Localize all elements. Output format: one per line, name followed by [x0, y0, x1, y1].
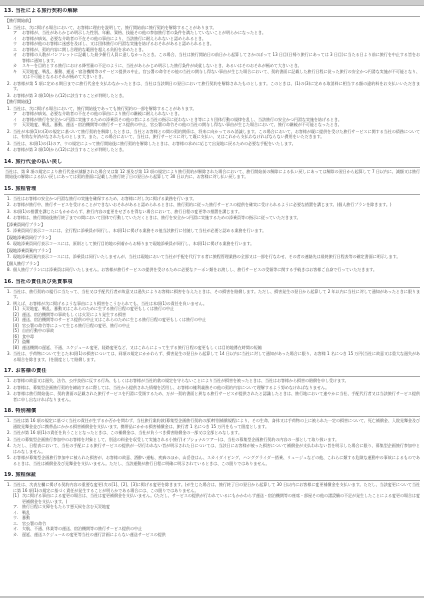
sub-item-label: ウ	[13, 122, 22, 128]
list-item-body: お客様は、旅行開始後旅行終了までの間において団体で行動していただくときは、旅行を…	[13, 215, 420, 221]
list-item-body: お客様は旅行開始後に、契約書面の記載された旅行サービスを円滑に受領するため、万が…	[13, 391, 420, 402]
list-item-body: お客様が第 3 項(10)から(12)に該当することが判明したとき。	[13, 147, 420, 153]
terms-section: 18.特別補償1.当社は第 16 項の規定に基づく当社の責任が生ずるか否かを問わ…	[4, 408, 420, 466]
list-item-text: 当社は、次表左欄に掲げる契約内容の重要な変更(次の[1]、[2]、[3]に掲げる…	[13, 482, 420, 493]
list-item-body: 当社は、旅行契約の履行に当たって、当社又は手配代行者が故意又は過失によりお客様に…	[13, 289, 420, 300]
list-item: 3.当社の募集型企画旅行参加中のお客様を対象として、別途の料金を収受して実施され…	[4, 437, 420, 443]
list-item-number: 3.	[4, 391, 13, 402]
list-item-body: お客様が第 5 項に定める期日までに旅行代金を支払わなかったときは、当社は当該期…	[13, 81, 420, 92]
list-item-body: 当社は、手荷物について生じた本項(1)の損害については、同項の規定にかかわらず、…	[13, 351, 420, 362]
list-item-number: 3.	[4, 351, 13, 362]
list-item-number: 1.	[4, 106, 13, 128]
list-item-text: 当社は第 16 項の規定に基づく当社の責任が生ずるか否かを問わず、当社旅行業約款…	[13, 418, 420, 429]
list-item-text: 当社は、手荷物について生じた本項(1)の損害については、同項の規定にかかわらず、…	[13, 351, 420, 362]
sub-list-item: キ天災地変、戦乱、暴動、運送・宿泊機関等のサービス提供の中止、官公署の命令その他…	[13, 69, 420, 80]
list-item: 8.個人旅行プランには添乗員は同行いたしません。お客様が旅行サービスの提供を受け…	[4, 267, 420, 273]
list-item-number: 1.	[4, 418, 13, 429]
list-item: 3.当社は、本項(1)の(1)のア、ウの規定によって旅行開始後に旅行契約を解除し…	[4, 141, 420, 147]
sub-item-text: 天災地変、戦乱、暴動、運送・宿泊機関等のサービス提供の中止、官公署の命令その他の…	[22, 69, 420, 80]
section-number: 14.	[4, 159, 13, 165]
list-item-text: 当社は、本項(1)の(1)のア、ウの規定によって旅行開始後に旅行契約を解除したと…	[13, 141, 420, 147]
list-item: 3.お客様が第 3 項(10)から(12)に該当することが判明したとき。	[4, 93, 420, 99]
list-item: 2.お客様は、募集型企画旅行契約を締結するに際しては、当社から提供された情報を活…	[4, 385, 420, 391]
list-item-body: お客様が第 3 項(10)から(12)に該当することが判明したとき。	[13, 93, 420, 99]
list-item: 1.当社は、旅行契約の履行に当たって、当社又は手配代行者が故意又は過失によりお客…	[4, 289, 420, 300]
sub-list-item: ウ天災地変、戦乱、暴動、運送・宿泊機関等の旅行サービス提供の中止、官公署の命令そ…	[13, 122, 420, 128]
sub-list-item: [8]運送機関の遅延、不通、スケジュール変更、経路変更など、又はこれらによって生…	[13, 345, 420, 351]
list-item-text: ただし、日程表において、当社の手配による旅行サービスの提供が一切行われない旨が明…	[13, 443, 420, 454]
list-item-number: 2.	[4, 301, 13, 351]
list-item-number: 4.	[4, 443, 13, 454]
list-item-number: 1.	[4, 482, 13, 537]
list-item-text: お客様は、募集型企画旅行契約を締結するに際しては、当社から提供された情報を活用し…	[13, 385, 420, 391]
list-item-body: 当社は、次表左欄に掲げる契約内容の重要な変更(次の[1]、[2]、[3]に掲げる…	[13, 482, 420, 537]
list-item-text: 現地添乗員同行表示コースには、原則として旅行目的地の到着からお帰りまで現地添乗員…	[13, 241, 420, 247]
bracket-subheading: 【旅行開始後】	[5, 99, 420, 105]
section-title: 当社による旅行契約の解除	[15, 8, 77, 14]
bracket-subheading: 【旅行開始前】	[5, 18, 420, 24]
terms-section: 17.お客様の責任1.お客様の故意又は過失、法令、公序良俗に反する行為、もしくは…	[4, 368, 420, 402]
list-item-text: お客様が募集型企画旅行参加中に被られた損害が、お客様の故意、酒酔い運転、疾病のほ…	[13, 455, 420, 466]
section-heading: 17.お客様の責任	[4, 368, 420, 377]
list-item-number: 1.	[4, 378, 13, 384]
list-item: 2.例えば、お客様が次に掲げるような事由により損害をこうむられても、当社は本項(…	[4, 301, 420, 351]
list-item-body: 当社は、次に掲げる場合において、お客様に理由を説明して、旅行開始前に旅行契約を解…	[13, 25, 420, 80]
list-item: 1.当社はお客様の安全かつ円滑な旅行の実施を確保するため、お客様に対し次に掲げる…	[4, 196, 420, 202]
section-title: 旅行代金の払い戻し	[15, 159, 62, 165]
list-item-number: 3.	[4, 209, 13, 215]
list-item-text: 当社が本項(1)の(3)の規定に基づいて旅行契約を解除したときは、当社とお客様と…	[13, 129, 420, 140]
list-item-number: 2.	[4, 430, 13, 436]
terms-section: 19.旅程保証1.当社は、次表左欄に掲げる契約内容の重要な変更(次の[1]、[2…	[4, 472, 420, 537]
list-item: 4.ただし、日程表において、当社の手配による旅行サービスの提供が一切行われない旨…	[4, 443, 420, 454]
terms-section: 16.当社の責任及び免責事項1.当社は、旅行契約の履行に当たって、当社又は手配代…	[4, 279, 420, 363]
section-title: 旅程保証	[15, 472, 36, 478]
list-item: 2.お客様が旅行中、旅行サービスを受けることができないおそれがあると認められると…	[4, 202, 420, 208]
list-item-text: お客様は旅行開始後に、契約書面の記載された旅行サービスを円滑に受領するため、万が…	[13, 391, 420, 402]
section-heading: 16.当社の責任及び免責事項	[4, 279, 420, 288]
list-item: 1.お客様の故意又は過失、法令、公序良俗に反する行為、もしくはお客様が当社約款の…	[4, 378, 420, 384]
list-item: 4.お客様は、旅行開始後旅行終了までの間において団体で行動していただくときは、旅…	[4, 215, 420, 221]
section-heading: 18.特別補償	[4, 408, 420, 417]
bracket-subheading: 【現地添乗員案内プラン】	[5, 248, 420, 254]
list-item-number: 1.	[4, 25, 13, 80]
list-item-number: 3.	[4, 141, 13, 147]
list-item: 1.当社は、次に掲げる場合において、お客様に理由を説明して、旅行開始前に旅行契約…	[4, 25, 420, 80]
list-item: 2.お客様が第 5 項に定める期日までに旅行代金を支払わなかったときは、当社は当…	[4, 81, 420, 92]
section-heading: 19.旅程保証	[4, 472, 420, 481]
list-item-body: 個人旅行プランには添乗員は同行いたしません。お客様が旅行サービスの提供を受けるた…	[13, 267, 420, 273]
list-item-text: お客様が第 5 項に定める期日までに旅行代金を支払わなかったときは、当社は当該期…	[13, 81, 420, 92]
list-item-number: 3.	[4, 93, 13, 99]
list-item-body: 当社が本項(1)の(3)の規定に基づいて旅行契約を解除したときは、当社とお客様と…	[13, 129, 420, 140]
list-item-number: 4.	[4, 215, 13, 221]
list-item-number: 5.	[4, 228, 13, 234]
list-item-body: 現地添乗員同行表示コースには、原則として旅行目的地の到着からお帰りまで現地添乗員…	[13, 241, 420, 247]
bracket-subheading: 【現地添乗員同行プラン】	[5, 235, 420, 241]
list-item-number: 6.	[4, 241, 13, 247]
sub-list-item: [1]次に掲げる事由による変更の場合は、当社は変更補償金を支払いません。(ただし…	[13, 493, 420, 504]
list-item: 3.お客様は旅行開始後に、契約書面の記載された旅行サービスを円滑に受領するため、…	[4, 391, 420, 402]
sub-item-label: オ	[13, 52, 22, 63]
section-number: 16.	[4, 279, 13, 285]
paragraph: 当社は、第 8 項の規定により旅行代金が減額された場合又は第 12 項及び第 1…	[5, 169, 420, 180]
section-heading: 13.当社による旅行契約の解除	[4, 8, 420, 17]
section-number: 19.	[4, 472, 13, 478]
list-item-body: 当社の募集型企画旅行参加中のお客様を対象として、別途の料金を収受して実施される小…	[13, 437, 420, 443]
list-item: 6.現地添乗員同行表示コースには、原則として旅行目的地の到着からお帰りまで現地添…	[4, 241, 420, 247]
section-number: 17.	[4, 368, 13, 374]
list-item-text: 個人旅行プランには添乗員は同行いたしません。お客様が旅行サービスの提供を受けるた…	[13, 267, 420, 273]
bracket-subheading: 【個人旅行プラン】	[5, 261, 420, 267]
list-item: 4.お客様が第 3 項(10)から(12)に該当することが判明したとき。	[4, 147, 420, 153]
list-item-number: 4.	[4, 147, 13, 153]
list-item-number: 2.	[4, 81, 13, 92]
list-item-text: 本項(1)の措置を講じたにもかかわらず、旅行内容の変更をせざるを得ない場合におい…	[13, 209, 420, 215]
section-number: 18.	[4, 408, 13, 414]
sub-list-item: カ.遅延、運送スケジュールの変更等当社の運行計画によらない運送サービスの提供	[13, 532, 420, 538]
list-item-number: 3.	[4, 437, 13, 443]
list-item-text: 当社はお客様の安全かつ円滑な旅行の実施を確保するため、お客様に対し次に掲げる業務…	[13, 196, 420, 202]
list-item-body: 現地添乗員案内表示コースには、添乗員は同行いたしませんが、当社は現地において当社…	[13, 254, 420, 260]
list-item-number: 2.	[4, 129, 13, 140]
list-item-text: 添乗員同行表示コースには、全行程に添乗員が同行し、本項(1)に掲げる業務その他当…	[13, 228, 420, 234]
terms-section: 15.旅程管理1.当社はお客様の安全かつ円滑な旅行の実施を確保するため、お客様に…	[4, 186, 420, 273]
sub-item-label: キ	[13, 69, 22, 80]
section-number: 13.	[4, 8, 13, 14]
sub-item-text: 運送機関の遅延、不通、スケジュール変更、経路変更など、又はこれらによって生ずる旅…	[22, 345, 420, 351]
list-item-text: お客様が第 3 項(10)から(12)に該当することが判明したとき。	[13, 93, 420, 99]
list-item-text: お客様の故意又は過失、法令、公序良俗に反する行為、もしくはお客様が当社約款の規定…	[13, 378, 420, 384]
list-item-number: 2.	[4, 202, 13, 208]
list-item: 2.当社が第 16 項(1)の責任を負うこととなったときは、この補償金は、当社が…	[4, 430, 420, 436]
sub-item-label: カ.	[13, 532, 22, 538]
section-title: 特別補償	[15, 408, 36, 414]
page-top-edge	[0, 0, 424, 6]
list-item: 5.お客様が募集型企画旅行参加中に被られた損害が、お客様の故意、酒酔い運転、疾病…	[4, 455, 420, 466]
section-title: お客様の責任	[15, 368, 46, 374]
list-item-text: 当社の募集型企画旅行参加中のお客様を対象として、別途の料金を収受して実施される小…	[13, 437, 420, 443]
list-item-body: 例えば、お客様が次に掲げるような事由により損害をこうむられても、当社は本項(1)…	[13, 301, 420, 351]
list-item-body: 当社が第 16 項(1)の責任を負うこととなったときは、この補償金は、当社が負う…	[13, 430, 420, 436]
list-item-text: 当社が第 16 項(1)の責任を負うこととなったときは、この補償金は、当社が負う…	[13, 430, 420, 436]
sub-item-label: [1]	[13, 493, 22, 504]
list-item-number: 8.	[4, 267, 13, 273]
list-item-number: 5.	[4, 455, 13, 466]
list-item-text: 当社は、旅行契約の履行に当たって、当社又は手配代行者が故意又は過失によりお客様に…	[13, 289, 420, 300]
list-item-text: お客様が旅行中、旅行サービスを受けることができないおそれがあると認められるときは…	[13, 202, 420, 208]
list-item-body: お客様が旅行中、旅行サービスを受けることができないおそれがあると認められるときは…	[13, 202, 420, 208]
list-item-number: 1.	[4, 196, 13, 202]
list-item-number: 7.	[4, 254, 13, 260]
list-item-text: 現地添乗員案内表示コースには、添乗員は同行いたしませんが、当社は現地において当社…	[13, 254, 420, 260]
section-number: 15.	[4, 186, 13, 192]
sub-list-item: オお客様の人数がパンフレットに記載した最少催行人員に達しなかったとき。この場合、…	[13, 52, 420, 63]
list-item: 2.当社が本項(1)の(3)の規定に基づいて旅行契約を解除したときは、当社とお客…	[4, 129, 420, 140]
list-item-text: お客様が第 3 項(10)から(12)に該当することが判明したとき。	[13, 147, 420, 153]
list-item: 1.当社は第 16 項の規定に基づく当社の責任が生ずるか否かを問わず、当社旅行業…	[4, 418, 420, 429]
section-heading: 14.旅行代金の払い戻し	[4, 159, 420, 168]
list-item-body: お客様が募集型企画旅行参加中に被られた損害が、お客様の故意、酒酔い運転、疾病のほ…	[13, 455, 420, 466]
terms-document-page: 13.当社による旅行契約の解除【旅行開始前】1.当社は、次に掲げる場合において、…	[4, 8, 420, 594]
terms-section: 14.旅行代金の払い戻し当社は、第 8 項の規定により旅行代金が減額された場合又…	[4, 159, 420, 180]
sub-item-text: 遅延、運送スケジュールの変更等当社の運行計画によらない運送サービスの提供	[22, 532, 420, 538]
list-item-number: 1.	[4, 289, 13, 300]
list-item: 7.現地添乗員案内表示コースには、添乗員は同行いたしませんが、当社は現地において…	[4, 254, 420, 260]
bracket-subheading: 【添乗員同行プラン】	[5, 222, 420, 228]
section-title: 旅程管理	[15, 186, 36, 192]
list-item-body: 当社は第 16 項の規定に基づく当社の責任が生ずるか否かを問わず、当社旅行業約款…	[13, 418, 420, 429]
list-item: 3.当社は、手荷物について生じた本項(1)の損害については、同項の規定にかかわら…	[4, 351, 420, 362]
sub-item-text: お客様の人数がパンフレットに記載した最少催行人員に達しなかったとき。この場合、当…	[22, 52, 420, 63]
list-item: 1.当社は、次に掲げる場合において、旅行開始後であっても旅行契約の一部を解除する…	[4, 106, 420, 128]
sub-item-text: 天災地変、戦乱、暴動、運送・宿泊機関等の旅行サービス提供の中止、官公署の命令その…	[22, 122, 420, 128]
section-heading: 15.旅程管理	[4, 186, 420, 195]
list-item-body: ただし、日程表において、当社の手配による旅行サービスの提供が一切行われない旨が明…	[13, 443, 420, 454]
list-item-body: 当社はお客様の安全かつ円滑な旅行の実施を確保するため、お客様に対し次に掲げる業務…	[13, 196, 420, 202]
list-item-body: お客様は、募集型企画旅行契約を締結するに際しては、当社から提供された情報を活用し…	[13, 385, 420, 391]
sub-item-text: 次に掲げる事由による変更の場合は、当社は変更補償金を支払いません。(ただし、サー…	[22, 493, 420, 504]
list-item-body: 当社は、次に掲げる場合において、旅行開始後であっても旅行契約の一部を解除すること…	[13, 106, 420, 128]
list-item-body: 添乗員同行表示コースには、全行程に添乗員が同行し、本項(1)に掲げる業務その他当…	[13, 228, 420, 234]
list-item-body: お客様の故意又は過失、法令、公序良俗に反する行為、もしくはお客様が当社約款の規定…	[13, 378, 420, 384]
section-title: 当社の責任及び免責事項	[15, 279, 72, 285]
list-item-body: 本項(1)の措置を講じたにもかかわらず、旅行内容の変更をせざるを得ない場合におい…	[13, 209, 420, 215]
terms-section: 13.当社による旅行契約の解除【旅行開始前】1.当社は、次に掲げる場合において、…	[4, 8, 420, 153]
list-item: 5.添乗員同行表示コースには、全行程に添乗員が同行し、本項(1)に掲げる業務その…	[4, 228, 420, 234]
list-item-body: 当社は、本項(1)の(1)のア、ウの規定によって旅行開始後に旅行契約を解除したと…	[13, 141, 420, 147]
list-item-number: 2.	[4, 385, 13, 391]
list-item: 1.当社は、次表左欄に掲げる契約内容の重要な変更(次の[1]、[2]、[3]に掲…	[4, 482, 420, 537]
sub-item-label: [8]	[13, 345, 22, 351]
list-item: 3.本項(1)の措置を講じたにもかかわらず、旅行内容の変更をせざるを得ない場合に…	[4, 209, 420, 215]
page-bottom-edge	[0, 596, 424, 598]
list-item-text: お客様は、旅行開始後旅行終了までの間において団体で行動していただくときは、旅行を…	[13, 215, 420, 221]
